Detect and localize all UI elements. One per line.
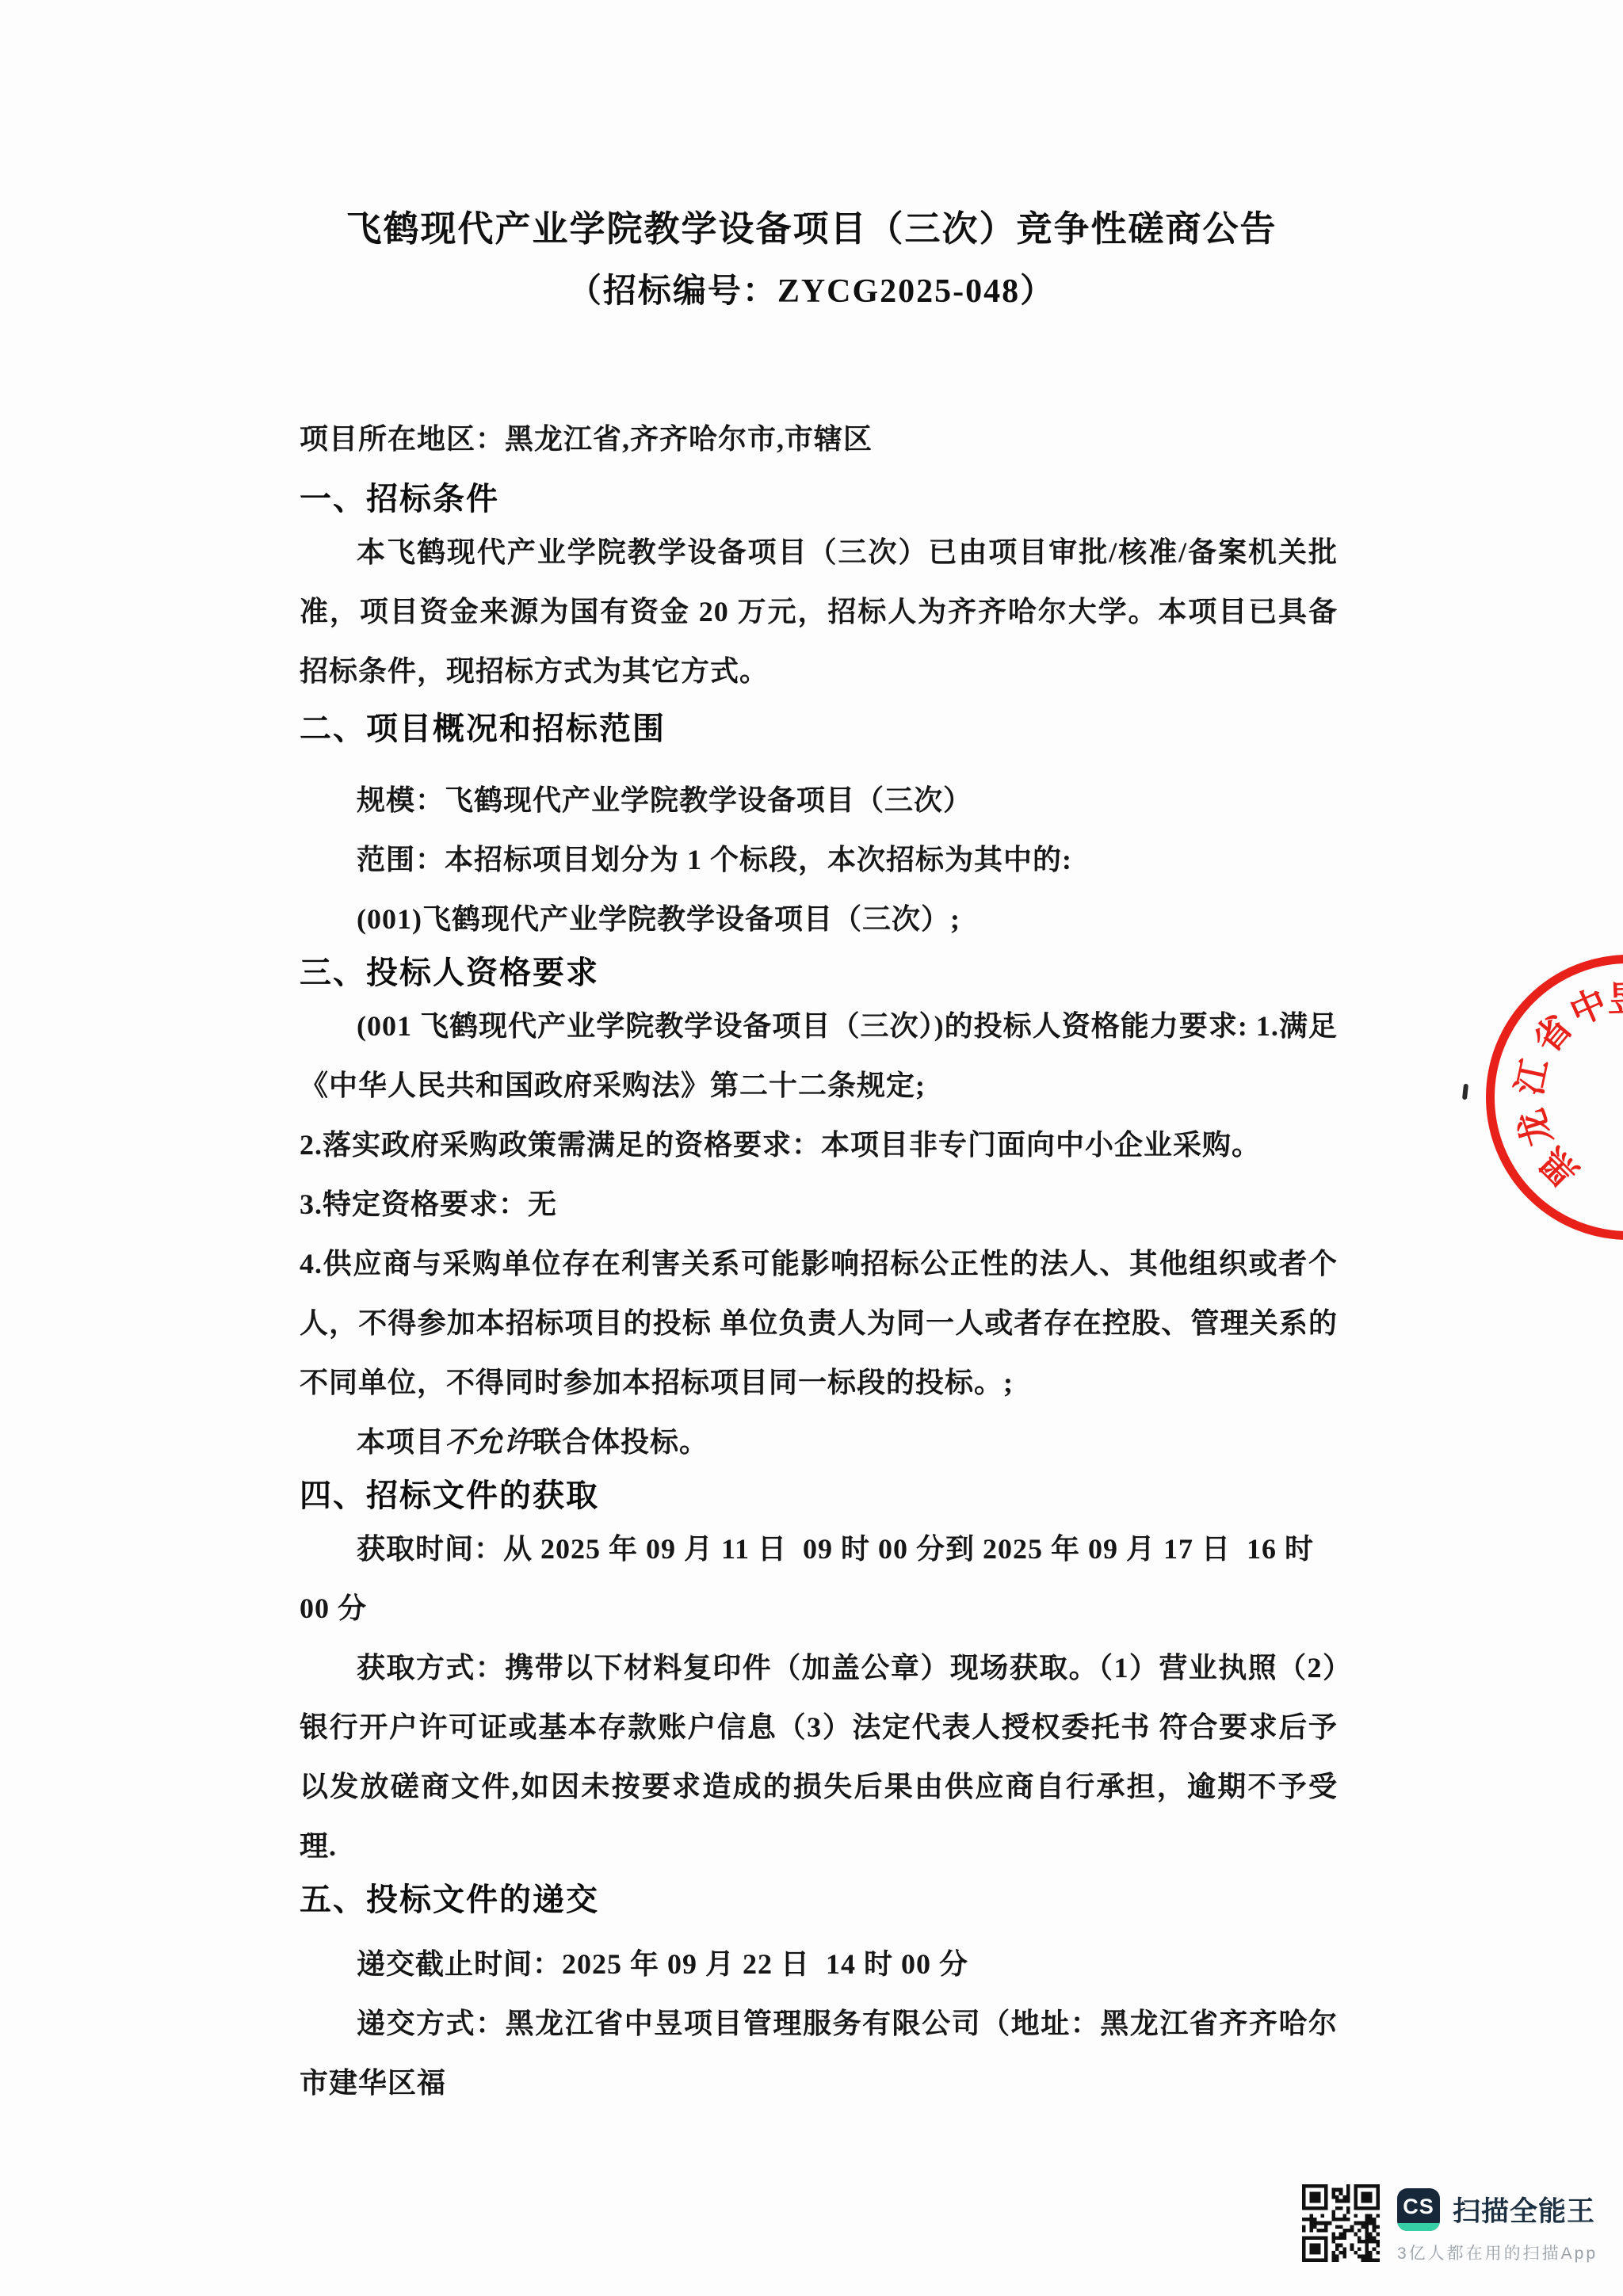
consortium-bid-note: 本项目不允许联合体投标。 [300, 1413, 1338, 1472]
tender-number-subtitle: （招标编号：ZYCG2025-048） [0, 271, 1623, 312]
project-scale-line: 规模：飞鹤现代产业学院教学设备项目（三次） [300, 771, 1338, 830]
document-obtain-method: 获取方式：携带以下材料复印件（加盖公章）现场获取。（1）营业执照（2）银行开户许… [300, 1638, 1338, 1876]
consortium-note-prefix: 本项目 [357, 1426, 445, 1458]
qualification-requirement-3: 3.特定资格要求：无 [300, 1175, 1338, 1234]
section-1-heading: 一、招标条件 [300, 475, 1338, 523]
document-body: 项目所在地区：黑龙江省,齐齐哈尔市,市辖区 一、招标条件 本飞鹤现代产业学院教学… [300, 415, 1338, 2113]
project-location-line: 项目所在地区：黑龙江省,齐齐哈尔市,市辖区 [300, 415, 1338, 463]
section-4-heading: 四、招标文件的获取 [300, 1472, 1338, 1520]
scanner-app-name: 扫描全能王 [1453, 2190, 1595, 2229]
section-3-heading: 三、投标人资格要求 [300, 949, 1338, 997]
document-title: 飞鹤现代产业学院教学设备项目（三次）竞争性磋商公告 [0, 0, 1623, 250]
scanner-watermark: CS 扫描全能王 3亿人都在用的扫描App [1302, 2183, 1598, 2264]
consortium-note-emphasis: 不允许 [445, 1426, 533, 1458]
logo-swoosh [1397, 2223, 1440, 2231]
scanner-branding: CS 扫描全能王 3亿人都在用的扫描App [1397, 2188, 1598, 2264]
qualification-requirement-2: 2.落实政府采购政策需满足的资格要求：本项目非专门面向中小企业采购。 [300, 1116, 1338, 1175]
seal-character: 昱 [1604, 974, 1623, 1016]
lot-001-line: (001)飞鹤现代产业学院教学设备项目（三次）; [300, 890, 1338, 949]
consortium-note-suffix: 联合体投标。 [533, 1426, 708, 1458]
submission-deadline-line: 递交截止时间：2025 年 09 月 22 日 14 时 00 分 [300, 1935, 1338, 1994]
section-5-heading: 五、投标文件的递交 [300, 1876, 1338, 1924]
submission-method-line: 递交方式：黑龙江省中昱项目管理服务有限公司（地址：黑龙江省齐齐哈尔市建华区福 [300, 1994, 1338, 2113]
qualification-requirement-1: (001 飞鹤现代产业学院教学设备项目（三次）)的投标人资格能力要求: 1.满足… [300, 997, 1338, 1116]
section-2-heading: 二、项目概况和招标范围 [300, 705, 1338, 753]
scanner-tagline: 3亿人都在用的扫描App [1397, 2241, 1598, 2264]
qr-code [1302, 2183, 1380, 2263]
document-obtain-time-line: 获取时间：从 2025 年 09 月 11 日 09 时 00 分到 2025 … [300, 1520, 1338, 1638]
qr-code-graphic [1302, 2183, 1380, 2263]
project-scope-line: 范围：本招标项目划分为 1 个标段，本次招标为其中的: [300, 830, 1338, 890]
ink-mark [1462, 1084, 1468, 1100]
seal-character: 江 [1504, 1051, 1553, 1100]
camscanner-logo-text: CS [1397, 2190, 1440, 2223]
scanned-document-page: 飞鹤现代产业学院教学设备项目（三次）竞争性磋商公告 （招标编号：ZYCG2025… [0, 0, 1623, 2296]
section-1-paragraph: 本飞鹤现代产业学院教学设备项目（三次）已由项目审批/核准/备案机关批准，项目资金… [300, 523, 1338, 701]
qualification-requirement-4: 4.供应商与采购单位存在利害关系可能影响招标公正性的法人、其他组织或者个人，不得… [300, 1234, 1338, 1413]
camscanner-logo-icon: CS [1397, 2188, 1440, 2231]
official-seal: 黑 龙 江 省 中 昱 [1486, 955, 1623, 1240]
